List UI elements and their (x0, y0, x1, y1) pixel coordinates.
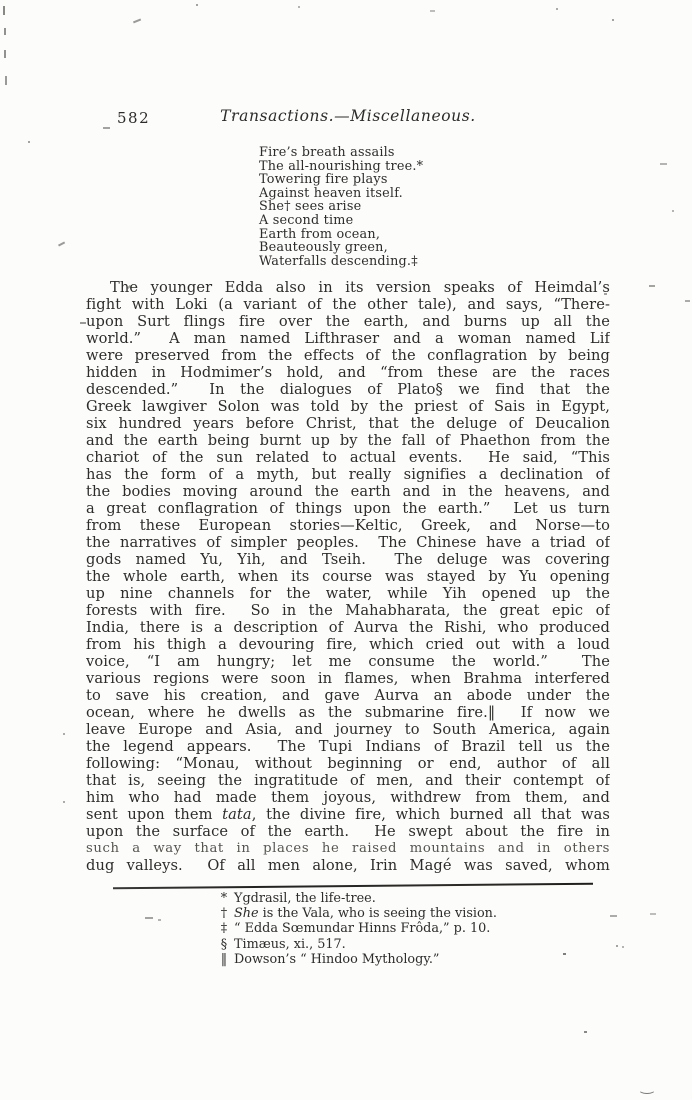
footnote-symbol: § (217, 937, 231, 952)
footnote: §Timæus, xi., 517. (217, 937, 497, 952)
body-line: upon Surt flings fire over the earth, an… (86, 313, 610, 330)
poem-line: Fire’s breath assails (259, 146, 423, 160)
footnote: *Ygdrasil, the life-tree. (217, 891, 497, 906)
footnote-text: She is the Vala, who is seeing the visio… (234, 906, 497, 921)
body-text: The younger Edda also in its version spe… (86, 279, 610, 874)
body-line: gods named Yu, Yih, and Tseih. The delug… (86, 551, 610, 568)
footnote-symbol: † (217, 906, 231, 921)
body-line: sent upon them tata, the divine fire, wh… (86, 806, 610, 823)
body-line: Greek lawgiver Solon was told by the pri… (86, 398, 610, 415)
body-line: that is, seeing the ingratitude of men, … (86, 772, 610, 789)
footnote-text: Dowson’s “ Hindoo Mythology.” (234, 952, 439, 967)
scanned-book-page: 582 Transactions.—Miscellaneous. Fire’s … (0, 0, 692, 1100)
body-line: the bodies moving around the earth and i… (86, 483, 610, 500)
poem-line: Beauteously green, (259, 241, 423, 255)
body-line: from these European stories—Keltic, Gree… (86, 517, 610, 534)
body-line: has the form of a myth, but really signi… (86, 466, 610, 483)
poem-line: A second time (259, 214, 423, 228)
body-line: from his thigh a devouring fire, which c… (86, 636, 610, 653)
body-line: six hundred years before Christ, that th… (86, 415, 610, 432)
poem-line: Towering fire plays (259, 173, 423, 187)
body-line: voice, “I am hungry; let me consume the … (86, 653, 610, 670)
footnote: ‡“ Edda Sœmundar Hinns Frôda,” p. 10. (217, 921, 497, 936)
body-line: the legend appears. The Tupi Indians of … (86, 738, 610, 755)
body-line: dug valleys. Of all men alone, Irin Magé… (86, 857, 610, 874)
footnote: †She is the Vala, who is seeing the visi… (217, 906, 497, 921)
body-line: him who had made them joyous, withdrew f… (86, 789, 610, 806)
body-line: and the earth being burnt up by the fall… (86, 432, 610, 449)
poem: Fire’s breath assailsThe all-nourishing … (259, 146, 423, 268)
body-line: upon the surface of the earth. He swept … (86, 823, 610, 840)
body-line: chariot of the sun related to actual eve… (86, 449, 610, 466)
body-line: India, there is a description of Aurva t… (86, 619, 610, 636)
body-line: were preserved from the effects of the c… (86, 347, 610, 364)
poem-line: She† sees arise (259, 200, 423, 214)
body-line: forests with fire. So in the Mahabharata… (86, 602, 610, 619)
body-line: such a way that in places he raised moun… (86, 840, 610, 857)
running-head: Transactions.—Miscellaneous. (86, 107, 610, 125)
body-line: hidden in Hodmimer’s hold, and “from the… (86, 364, 610, 381)
footnote-symbol: * (217, 891, 231, 906)
body-line: The younger Edda also in its version spe… (86, 279, 610, 296)
body-line: a great conflagration of things upon the… (86, 500, 610, 517)
body-line: fight with Loki (a variant of the other … (86, 296, 610, 313)
body-line: to save his creation, and gave Aurva an … (86, 687, 610, 704)
body-line: ocean, where he dwells as the submarine … (86, 704, 610, 721)
footnote: ‖Dowson’s “ Hindoo Mythology.” (217, 952, 497, 967)
body-line: the narratives of simpler peoples. The C… (86, 534, 610, 551)
body-line: various regions were soon in flames, whe… (86, 670, 610, 687)
body-line: up nine channels for the water, while Yi… (86, 585, 610, 602)
body-line: the whole earth, when its course was sta… (86, 568, 610, 585)
footnote-text: Timæus, xi., 517. (234, 937, 346, 952)
body-line: descended.” In the dialogues of Plato§ w… (86, 381, 610, 398)
poem-line: The all-nourishing tree.* (259, 160, 423, 174)
footnote-symbol: ‡ (217, 921, 231, 936)
footnote-symbol: ‖ (217, 952, 231, 967)
body-line: following: “Monau, without beginning or … (86, 755, 610, 772)
poem-line: Earth from ocean, (259, 228, 423, 242)
poem-line: Waterfalls descending.‡ (259, 255, 423, 269)
footnotes: *Ygdrasil, the life-tree.†She is the Val… (217, 891, 497, 967)
body-line: leave Europe and Asia, and journey to So… (86, 721, 610, 738)
footnote-text: Ygdrasil, the life-tree. (234, 891, 376, 906)
poem-line: Against heaven itself. (259, 187, 423, 201)
footnote-rule (113, 883, 593, 890)
body-line: world.” A man named Lifthraser and a wom… (86, 330, 610, 347)
footnote-text: “ Edda Sœmundar Hinns Frôda,” p. 10. (234, 921, 490, 936)
